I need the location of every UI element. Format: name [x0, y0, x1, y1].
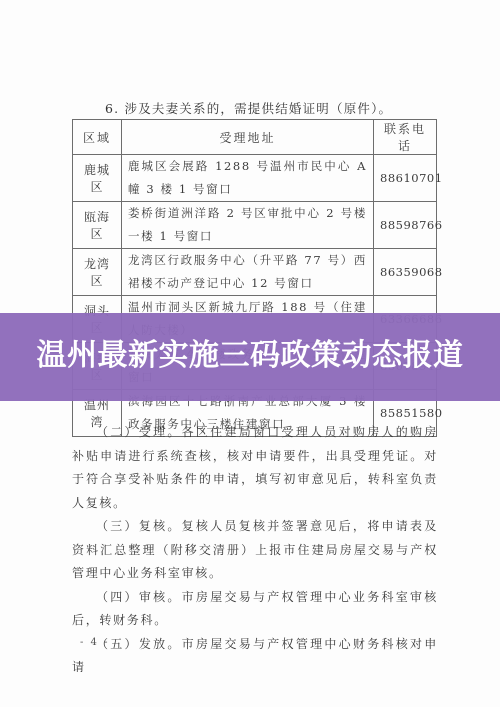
- address-cell: 鹿城区会展路 1288 号温州市民中心 A 幢 3 楼 1 号窗口: [122, 155, 374, 202]
- phone-cell: 88610701: [374, 155, 437, 202]
- paragraph-disbursement: （五）发放。市房屋交易与产权管理中心财务科核对申请: [72, 633, 438, 680]
- phone-cell: 88598766: [374, 202, 437, 249]
- phone-cell: 86359068: [374, 249, 437, 296]
- header-region: 区域: [73, 120, 122, 155]
- region-cell: 瓯海区: [73, 202, 122, 249]
- table-header-row: 区域 受理地址 联系电话: [73, 120, 437, 155]
- table-row: 龙湾区 龙湾区行政服务中心（升平路 77 号）西裙楼不动产登记中心 12 号窗口…: [73, 249, 437, 296]
- paragraph-acceptance: （二）受理。各区住建局窗口受理人员对购房人的购房补贴申请进行系统查核，核对申请要…: [72, 421, 438, 515]
- region-cell: 龙湾区: [73, 249, 122, 296]
- table-row: 鹿城区 鹿城区会展路 1288 号温州市民中心 A 幢 3 楼 1 号窗口 88…: [73, 155, 437, 202]
- paragraph-audit: （四）审核。市房屋交易与产权管理中心业务科室审核后，转财务科。: [72, 586, 438, 633]
- header-phone: 联系电话: [374, 120, 437, 155]
- region-cell: 鹿城区: [73, 155, 122, 202]
- header-address: 受理地址: [122, 120, 374, 155]
- address-cell: 娄桥街道洲洋路 2 号区审批中心 2 号楼一楼 1 号窗口: [122, 202, 374, 249]
- page-number: - 4 -: [80, 637, 109, 648]
- banner-title: 温州最新实施三码政策动态报道: [0, 338, 500, 374]
- intro-line: 6. 涉及夫妻关系的，需提供结婚证明（原件）。: [105, 99, 392, 117]
- body-text: （二）受理。各区住建局窗口受理人员对购房人的购房补贴申请进行系统查核，核对申请要…: [72, 421, 438, 680]
- address-cell: 龙湾区行政服务中心（升平路 77 号）西裙楼不动产登记中心 12 号窗口: [122, 249, 374, 296]
- paragraph-review: （三）复核。复核人员复核并签署意见后，将申请表及资料汇总整理（附移交清册）上报市…: [72, 515, 438, 586]
- table-row: 瓯海区 娄桥街道洲洋路 2 号区审批中心 2 号楼一楼 1 号窗口 885987…: [73, 202, 437, 249]
- title-banner: 温州最新实施三码政策动态报道: [0, 313, 500, 401]
